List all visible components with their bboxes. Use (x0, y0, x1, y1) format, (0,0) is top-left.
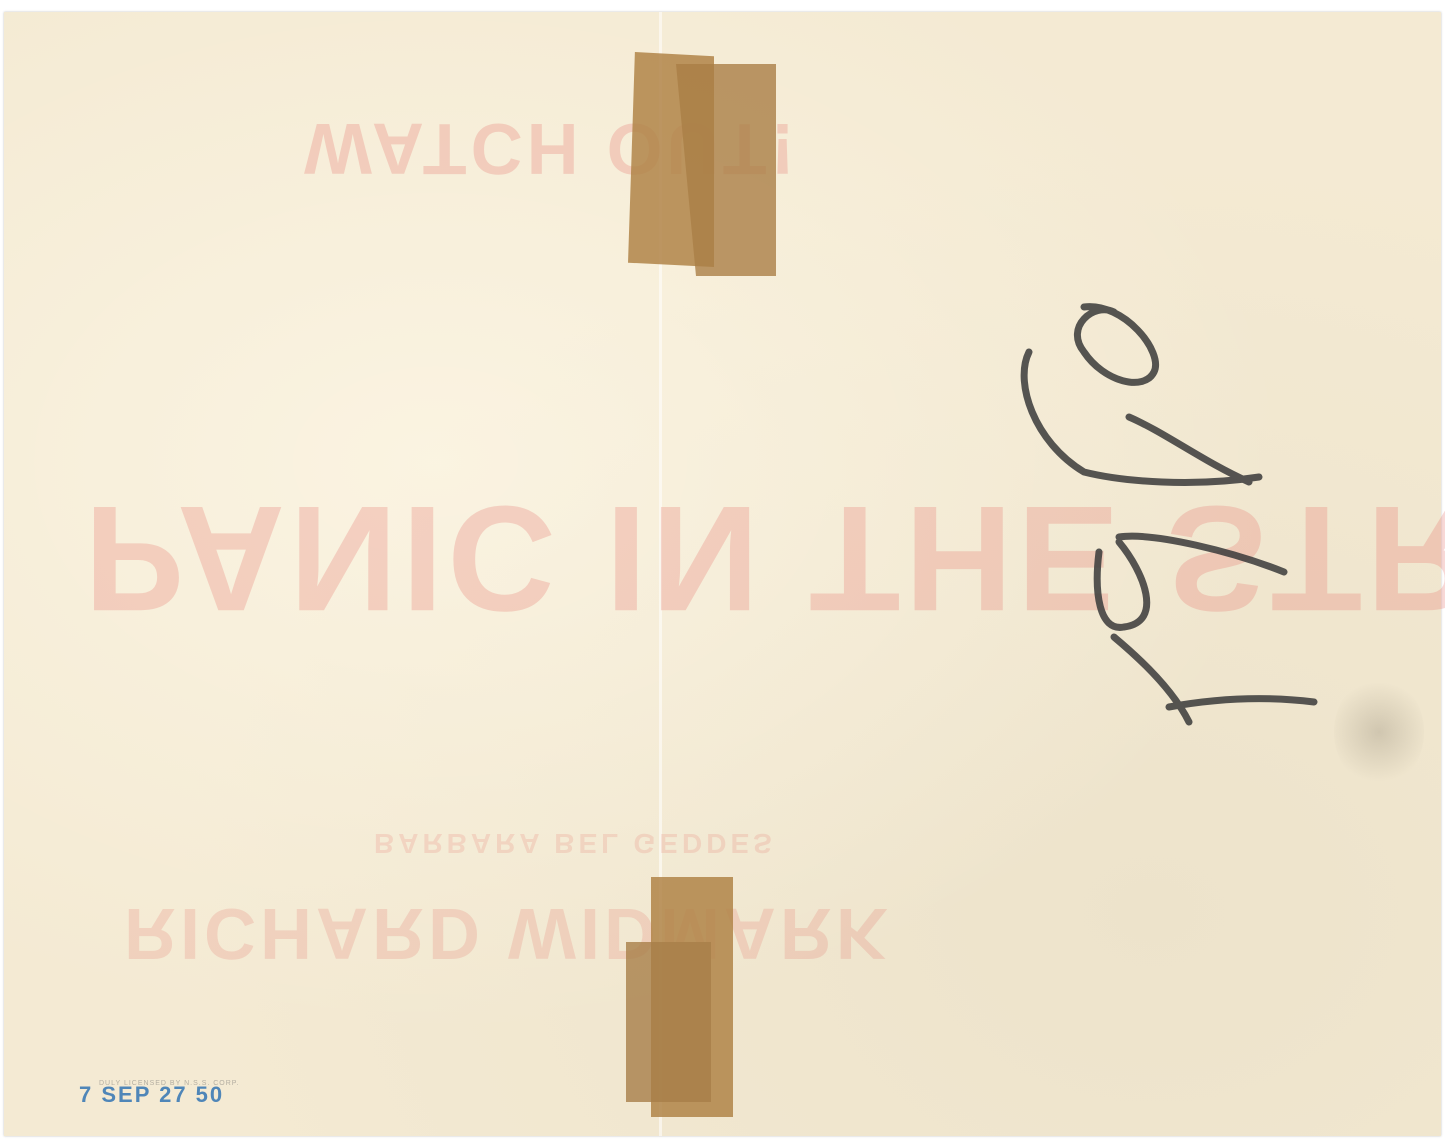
date-stamp: 7 SEP 27 50 (79, 1082, 224, 1108)
lobby-card-back: WATCH OUT! PANIC IN THE STREETS BARBARA … (4, 12, 1441, 1136)
show-through-cast: RICHARD WIDMARK (124, 892, 892, 974)
stain (1334, 677, 1424, 787)
tape-bottom-left (626, 942, 711, 1102)
handwritten-number (1004, 292, 1344, 732)
show-through-cast-first-names: BARBARA BEL GEDDES (374, 827, 776, 859)
